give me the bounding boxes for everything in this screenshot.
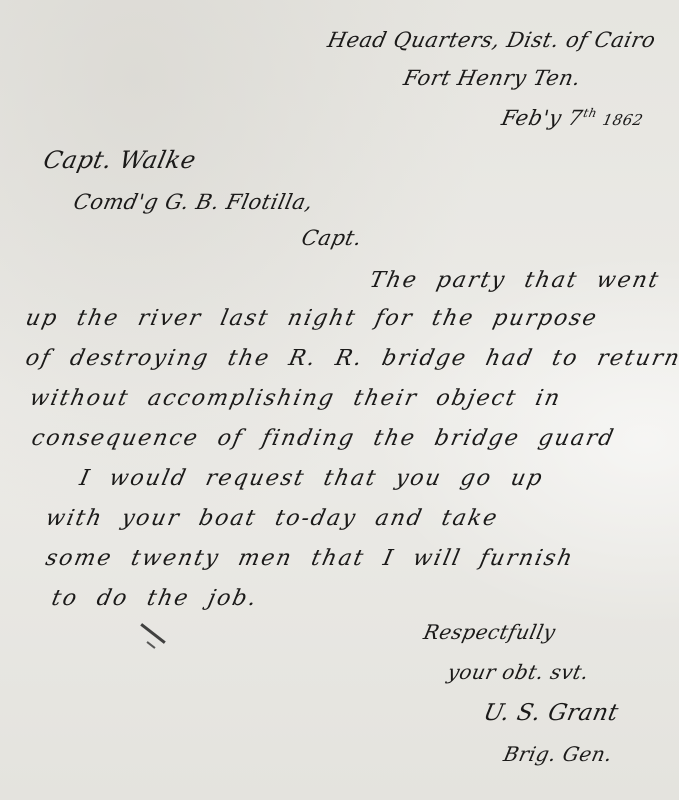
body-line-9: to do the job. xyxy=(49,586,260,611)
body-line-2: up the river last night for the purpose xyxy=(23,306,600,331)
signature-rank: Brig. Gen. xyxy=(501,742,614,766)
salutation: Capt. xyxy=(299,226,364,250)
date-year: 1862 xyxy=(601,111,645,129)
body-line-6: I would request that you go up xyxy=(77,466,546,491)
recipient-title: Comd'g G. B. Flotilla, xyxy=(71,190,315,214)
closing-respectfully: Respectfully xyxy=(421,620,558,644)
header-location: Fort Henry Ten. xyxy=(401,66,583,90)
body-line-7: with your boat to-day and take xyxy=(43,506,501,531)
closing-your-servant: your obt. svt. xyxy=(445,660,591,684)
date-suffix: th xyxy=(582,106,599,120)
ink-blot-2 xyxy=(146,641,155,649)
header-headquarters: Head Quarters, Dist. of Cairo xyxy=(325,28,658,52)
body-line-1: The party that went xyxy=(367,268,662,293)
body-line-4: without accomplishing their object in xyxy=(27,386,563,411)
recipient-name: Capt. Walke xyxy=(41,146,199,174)
header-date: Feb'y 7th 1862 xyxy=(499,106,646,130)
signature: U. S. Grant xyxy=(481,700,621,726)
date-text: Feb'y 7 xyxy=(499,106,585,130)
body-line-5: consequence of finding the bridge guard xyxy=(29,426,617,451)
body-line-8: some twenty men that I will furnish xyxy=(43,546,576,571)
body-line-3: of destroying the R. R. bridge had to re… xyxy=(23,346,679,371)
letter-page: Head Quarters, Dist. of Cairo Fort Henry… xyxy=(0,0,679,800)
ink-blot xyxy=(140,623,165,644)
